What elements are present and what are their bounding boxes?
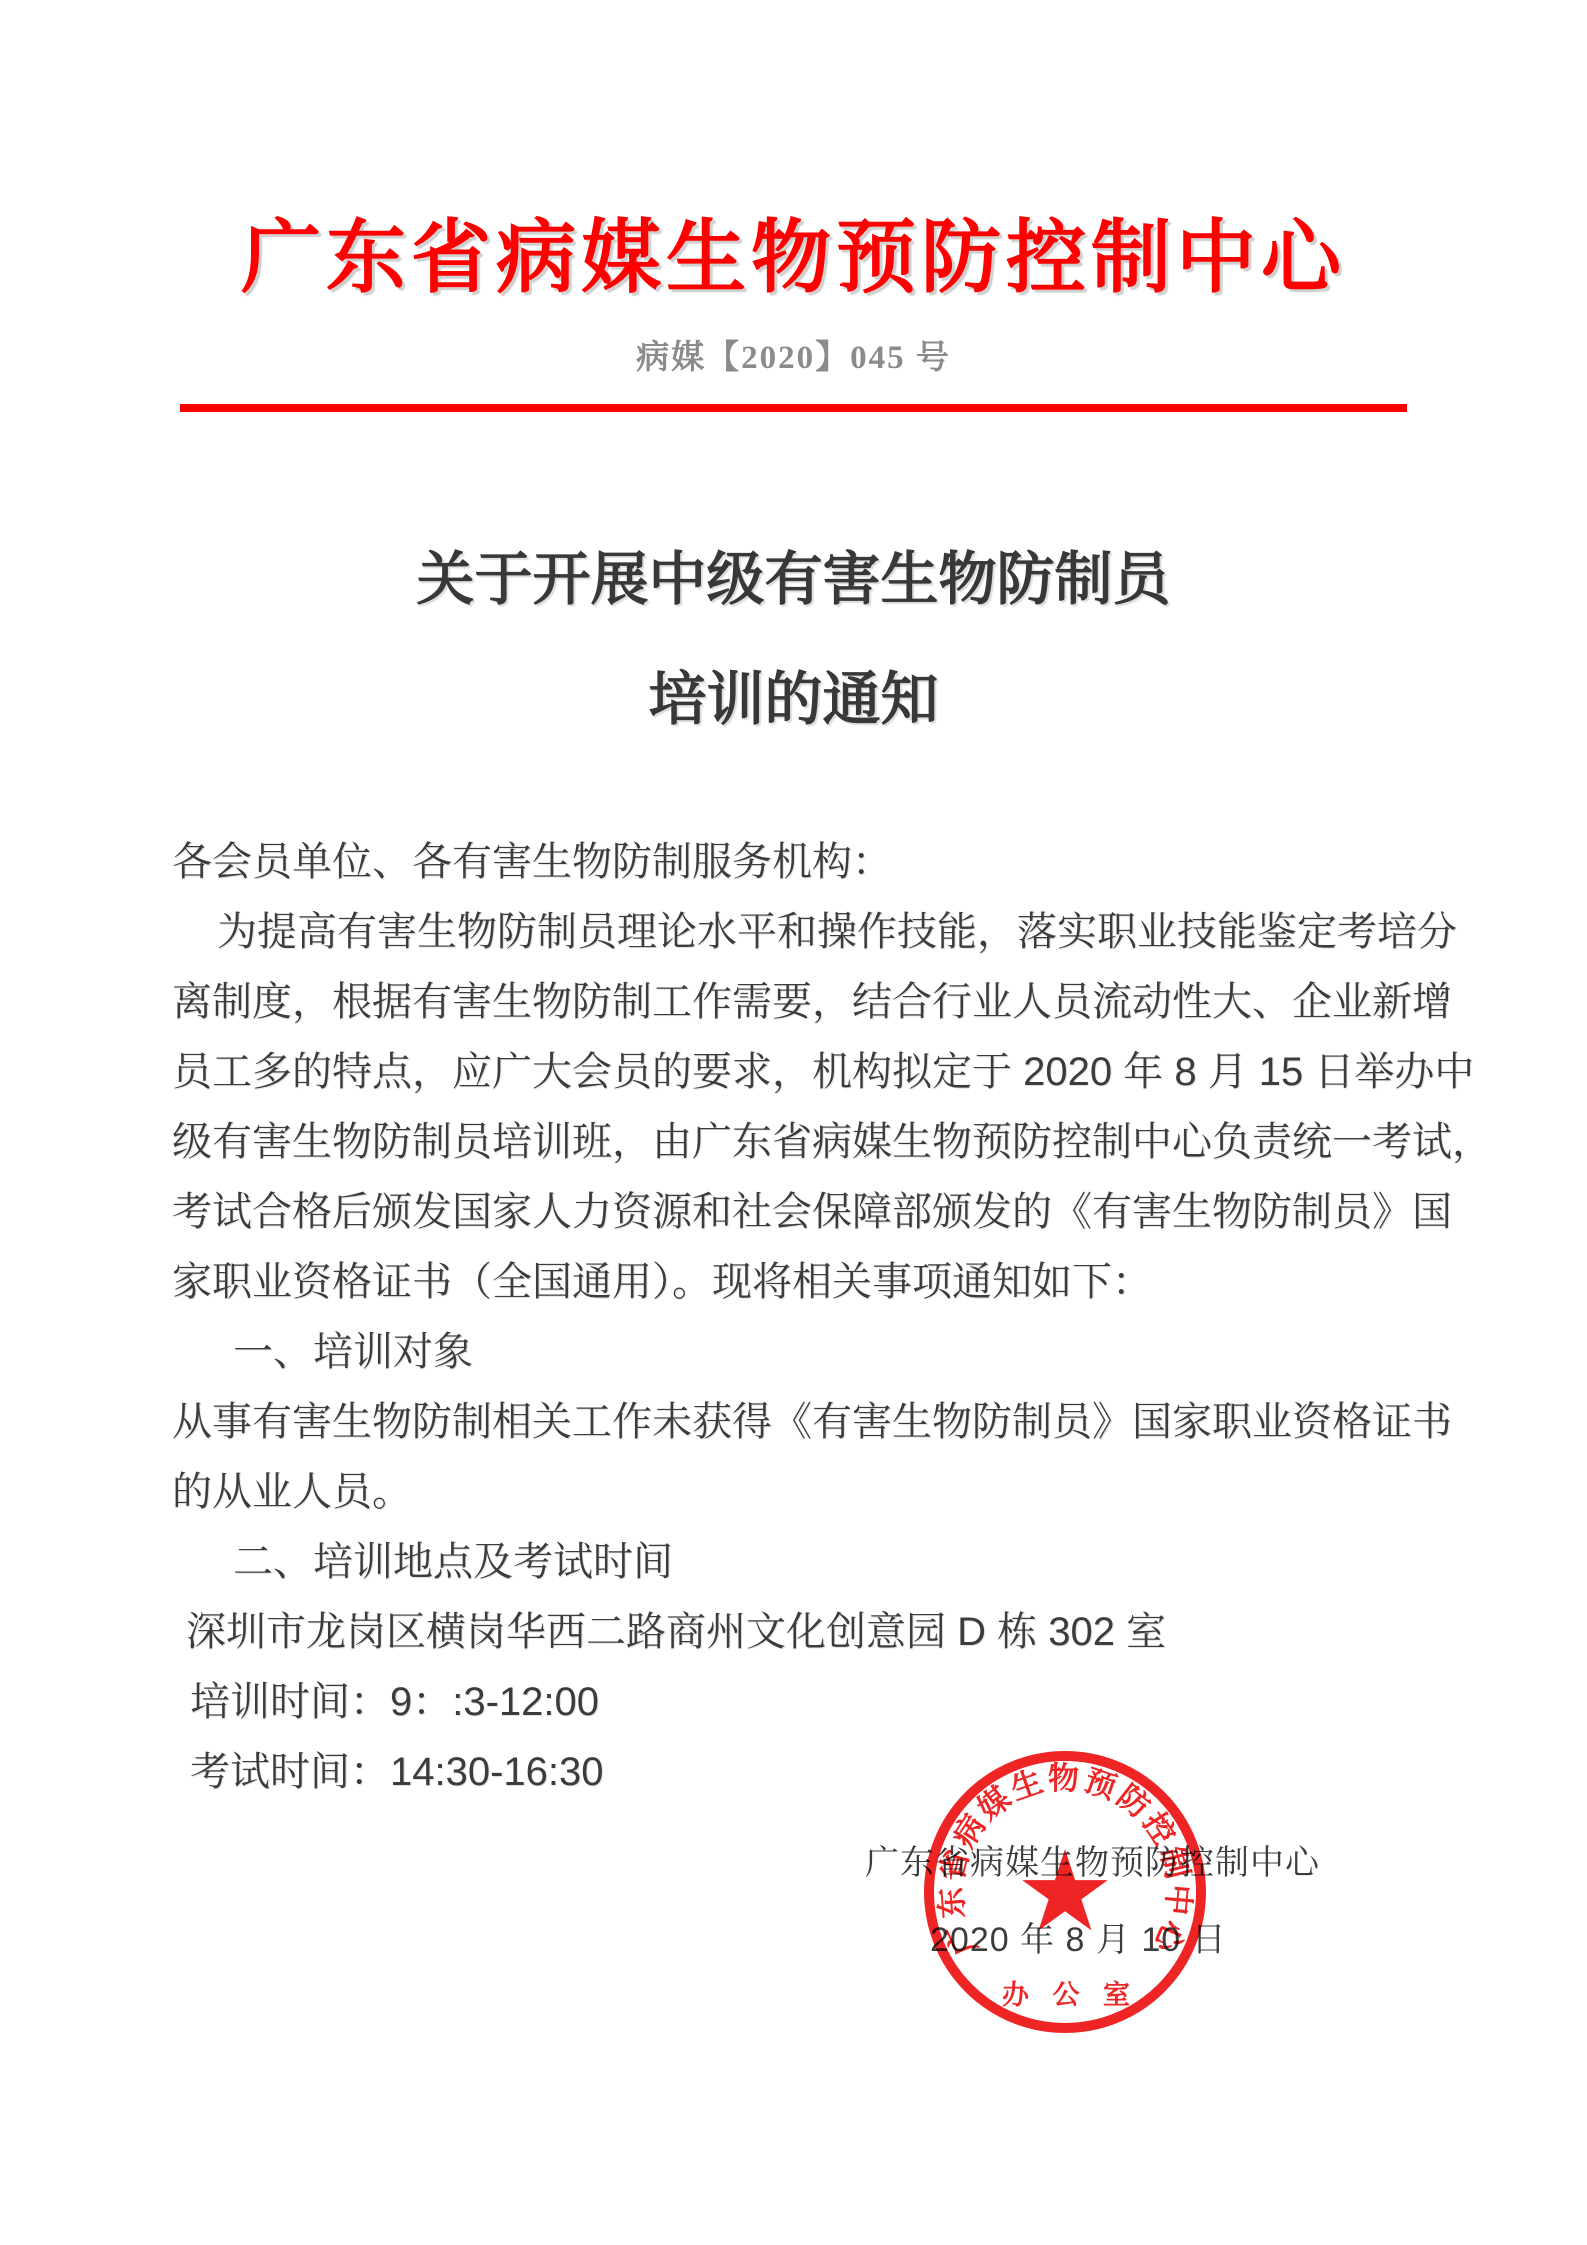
body-text: 各会员单位、各有害生物防制服务机构： 为提高有害生物防制员理论水平和操作技能，落… [172,827,1452,1807]
body-line: 从事有害生物防制相关工作未获得《有害生物防制员》国家职业资格证书 [172,1387,1452,1457]
body-line: 离制度，根据有害生物防制工作需要，结合行业人员流动性大、企业新增 [172,967,1452,1037]
body-training-time-line: 培训时间：9：:3-12:00 [172,1667,1452,1737]
notice-title-line1: 关于开展中级有害生物防制员 [0,548,1587,612]
body-line: 员工多的特点，应广大会员的要求，机构拟定于 2020 年 8 月 15 日举办中 [172,1037,1452,1107]
header-org-name: 广东省病媒生物预防控制中心 [0,193,1587,308]
notice-title-line2: 培训的通知 [0,668,1587,732]
body-section-heading: 二、培训地点及考试时间 [172,1527,1452,1597]
body-line: 家职业资格证书（全国通用）。现将相关事项通知如下： [172,1247,1452,1317]
seal-office-text: 办 公 室 [1002,1980,1138,2010]
doc-number: 病媒【2020】045 号 [0,331,1587,378]
star-icon [1022,1849,1108,1930]
body-line: 为提高有害生物防制员理论水平和操作技能，落实职业技能鉴定考培分 [172,897,1452,967]
document-page: 广东省病媒生物预防控制中心 病媒【2020】045 号 关于开展中级有害生物防制… [0,0,1587,2245]
body-section-heading: 一、培训对象 [172,1317,1452,1387]
body-exam-time-line: 考试时间：14:30-16:30 [172,1737,1452,1807]
body-line: 的从业人员。 [172,1457,1452,1527]
body-line: 考试合格后颁发国家人力资源和社会保障部颁发的《有害生物防制员》国 [172,1177,1452,1247]
body-line: 级有害生物防制员培训班，由广东省病媒生物预防控制中心负责统一考试， [172,1107,1452,1177]
notice-title: 关于开展中级有害生物防制员 培训的通知 [0,548,1587,732]
official-seal: 广东省病媒生物预防控制中心 办 公 室 [915,1742,1215,2042]
body-address-line: 深圳市龙岗区横岗华西二路商州文化创意园 D 栋 302 室 [172,1597,1452,1667]
header-red-rule [180,404,1407,412]
body-line: 各会员单位、各有害生物防制服务机构： [172,827,1452,897]
